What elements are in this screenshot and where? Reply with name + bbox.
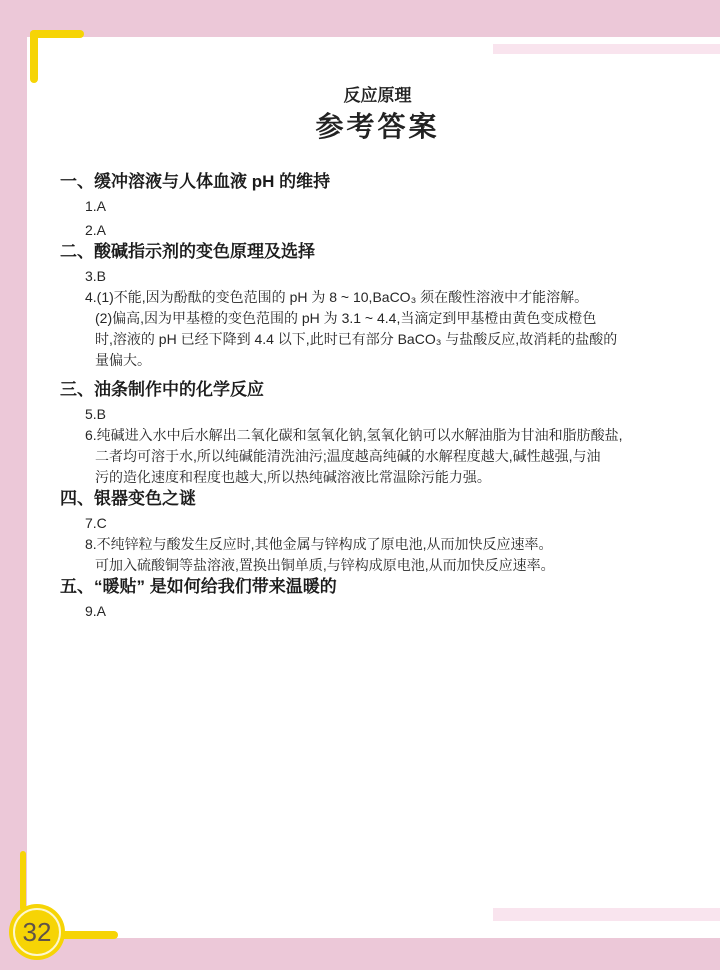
answer-paragraph: 8.不纯锌粒与酸发生反应时,其他金属与锌构成了原电池,从而加快反应速率。 可加入… — [85, 534, 695, 576]
corner-bracket-icon — [30, 30, 84, 38]
answer-section: 四、银器变色之谜 7.C 8.不纯锌粒与酸发生反应时,其他金属与锌构成了原电池,… — [60, 488, 695, 576]
section-items: 3.B 4.(1)不能,因为酚酞的变色范围的 pH 为 8 ~ 10,BaCO₃… — [60, 266, 695, 371]
corner-bracket-icon — [30, 30, 38, 83]
page-number-badge: 32 — [9, 904, 65, 960]
document-body: 反应原理 参考答案 一、缓冲溶液与人体血液 pH 的维持 1.A 2.A 二、酸… — [27, 37, 720, 938]
section-heading: 三、油条制作中的化学反应 — [60, 379, 695, 401]
answer-paragraph: 6.纯碱进入水中后水解出二氧化碳和氢氧化钠,氢氧化钠可以水解油脂为甘油和脂肪酸盐… — [85, 425, 695, 488]
section-items: 7.C 8.不纯锌粒与酸发生反应时,其他金属与锌构成了原电池,从而加快反应速率。… — [60, 513, 695, 576]
answer-section: 三、油条制作中的化学反应 5.B 6.纯碱进入水中后水解出二氧化碳和氢氧化钠,氢… — [60, 379, 695, 488]
answer-line: 5.B — [85, 404, 695, 425]
answer-section: 二、酸碱指示剂的变色原理及选择 3.B 4.(1)不能,因为酚酞的变色范围的 p… — [60, 241, 695, 371]
document-subtitle: 参考答案 — [60, 109, 695, 145]
section-items: 5.B 6.纯碱进入水中后水解出二氧化碳和氢氧化钠,氢氧化钠可以水解油脂为甘油和… — [60, 404, 695, 488]
page-badge-horizontal-line — [58, 931, 118, 939]
section-heading: 二、酸碱指示剂的变色原理及选择 — [60, 241, 695, 263]
section-items: 1.A 2.A — [60, 196, 695, 241]
section-heading: 五、“暖贴” 是如何给我们带来温暖的 — [60, 576, 695, 598]
page-number: 32 — [23, 919, 52, 945]
answer-section: 五、“暖贴” 是如何给我们带来温暖的 9.A — [60, 576, 695, 622]
section-items: 9.A — [60, 601, 695, 622]
answer-line: 7.C — [85, 513, 695, 534]
section-heading: 一、缓冲溶液与人体血液 pH 的维持 — [60, 171, 695, 193]
document-title: 反应原理 — [60, 85, 695, 107]
answer-line: 3.B — [85, 266, 695, 287]
answer-line: 2.A — [85, 220, 695, 241]
answer-line: 9.A — [85, 601, 695, 622]
top-accent-bar — [493, 44, 720, 54]
section-heading: 四、银器变色之谜 — [60, 488, 695, 510]
answer-line: 1.A — [85, 196, 695, 217]
answer-paragraph: 4.(1)不能,因为酚酞的变色范围的 pH 为 8 ~ 10,BaCO₃ 须在酸… — [85, 287, 695, 371]
answer-section: 一、缓冲溶液与人体血液 pH 的维持 1.A 2.A — [60, 171, 695, 241]
page-badge-vertical-line — [20, 851, 26, 911]
bottom-accent-bar — [493, 908, 720, 921]
content-sheet: 反应原理 参考答案 一、缓冲溶液与人体血液 pH 的维持 1.A 2.A 二、酸… — [27, 37, 720, 938]
